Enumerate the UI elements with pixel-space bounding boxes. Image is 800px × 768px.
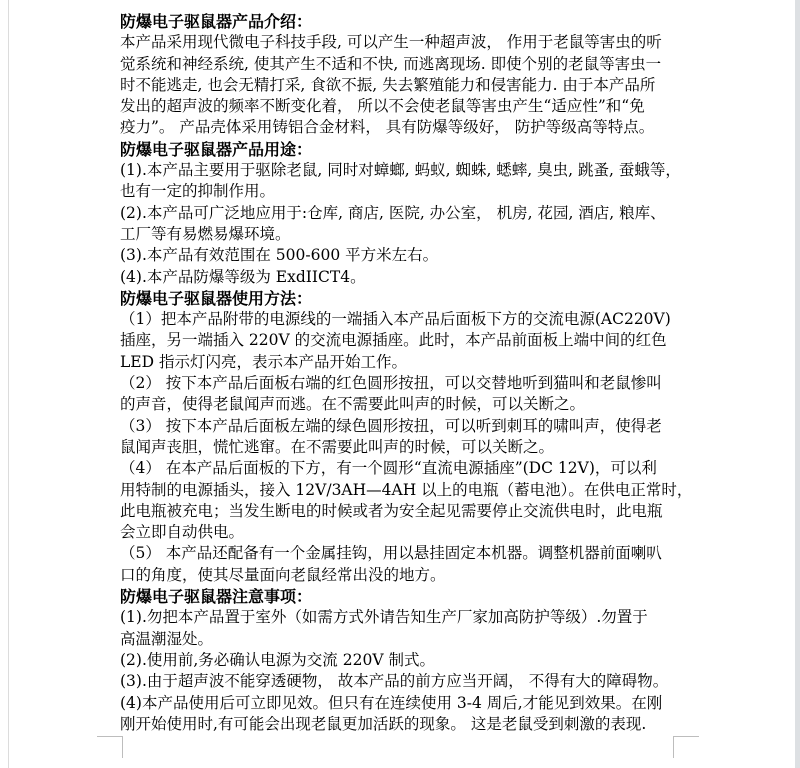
text-line: 防爆电子驱鼠器产品用途： <box>120 139 698 160</box>
text-line: （4） 在本产品后面板的下方，有一个圆形“直流电源插座”(DC 12V)，可以利 <box>120 458 698 479</box>
page-left-edge-line <box>8 0 9 768</box>
text-line: 高温潮湿处。 <box>120 629 698 650</box>
text-line: （1）把本产品附带的电源线的一端插入本产品后面板下方的交流电源(AC220V) <box>120 309 698 330</box>
text-line: 发出的超声波的频率不断变化着， 所以不会使老鼠等害虫产生“适应性”和“免 <box>120 96 698 117</box>
text-line: 疫力”。 产品壳体采用铸铝合金材料， 具有防爆等级好， 防护等级高等特点。 <box>120 117 698 138</box>
text-line: 此电瓶被充电；当发生断电的时候或者为安全起见需要停止交流供电时，此电瓶 <box>120 501 698 522</box>
text-line: (4)本产品使用后可立即见效。但只有在连续使用 3-4 周后,才能见到效果。在刚 <box>120 693 698 714</box>
text-line: 也有一定的抑制作用。 <box>120 181 698 202</box>
text-line: 刚开始使用时,有可能会出现老鼠更加活跃的现象。 这是老鼠受到刺激的表现. <box>120 714 698 735</box>
bottom-right-margin-mark <box>673 736 699 758</box>
text-line: (3).由于超声波不能穿透硬物， 故本产品的前方应当开阔， 不得有大的障碍物。 <box>120 671 698 692</box>
text-line: 的声音，使得老鼠闻声而逃。在不需要此叫声的时候，可以关断之。 <box>120 394 698 415</box>
document-text-area[interactable]: 防爆电子驱鼠器产品介绍：本产品采用现代微电子科技手段, 可以产生一种超声波， 作… <box>120 11 698 735</box>
text-line: LED 指示灯闪亮，表示本产品开始工作。 <box>120 352 698 373</box>
bottom-left-margin-mark <box>97 736 123 758</box>
text-line: (3).本产品有效范围在 500-600 平方米左右。 <box>120 245 698 266</box>
text-line: (1).勿把本产品置于室外（如需方式外请告知生产厂家加高防护等级）.勿置于 <box>120 607 698 628</box>
text-line: 鼠闻声丧胆，慌忙逃窜。在不需要此叫声的时候，可以关断之。 <box>120 437 698 458</box>
text-line: 会立即自动供电。 <box>120 522 698 543</box>
text-line: （2） 按下本产品后面板右端的红色圆形按扭，可以交替地听到猫叫和老鼠惨叫 <box>120 373 698 394</box>
text-line: (4).本产品防爆等级为 ExdIICT4。 <box>120 267 698 288</box>
text-line: （5） 本产品还配备有一个金属挂钩，用以悬挂固定本机器。调整机器前面喇叭 <box>120 543 698 564</box>
text-line: （3） 按下本产品后面板左端的绿色圆形按扭，可以听到刺耳的啸叫声，使得老 <box>120 416 698 437</box>
text-line: (1).本产品主要用于驱除老鼠, 同时对蟑螂, 蚂蚁, 蜘蛛, 蟋蟀, 臭虫, … <box>120 160 698 181</box>
text-line: 插座，另一端插入 220V 的交流电源插座。此时，本产品前面板上端中间的红色 <box>120 330 698 351</box>
document-page[interactable]: 防爆电子驱鼠器产品介绍：本产品采用现代微电子科技手段, 可以产生一种超声波， 作… <box>0 0 800 768</box>
page-right-edge-strip <box>795 0 800 768</box>
text-line: (2).本产品可广泛地应用于:仓库, 商店, 医院, 办公室， 机房, 花园, … <box>120 203 698 224</box>
text-line: 用特制的电源插头，接入 12V/3AH—4AH 以上的电瓶（蓄电池）。在供电正常… <box>120 480 698 501</box>
text-line: 防爆电子驱鼠器使用方法： <box>120 288 698 309</box>
text-line: 防爆电子驱鼠器产品介绍： <box>120 11 698 32</box>
text-line: 工厂等有易燃易爆环境。 <box>120 224 698 245</box>
text-line: 口的角度，使其尽量面向老鼠经常出没的地方。 <box>120 565 698 586</box>
text-line: 时不能逃走, 也会无精打采, 食欲不振, 失去繁殖能力和侵害能力. 由于本产品所 <box>120 75 698 96</box>
text-line: (2).使用前,务必确认电源为交流 220V 制式。 <box>120 650 698 671</box>
text-line: 防爆电子驱鼠器注意事项： <box>120 586 698 607</box>
text-line: 觉系统和神经系统, 使其产生不适和不快, 而逃离现场. 即使个别的老鼠等害虫一 <box>120 54 698 75</box>
text-line: 本产品采用现代微电子科技手段, 可以产生一种超声波， 作用于老鼠等害虫的听 <box>120 32 698 53</box>
